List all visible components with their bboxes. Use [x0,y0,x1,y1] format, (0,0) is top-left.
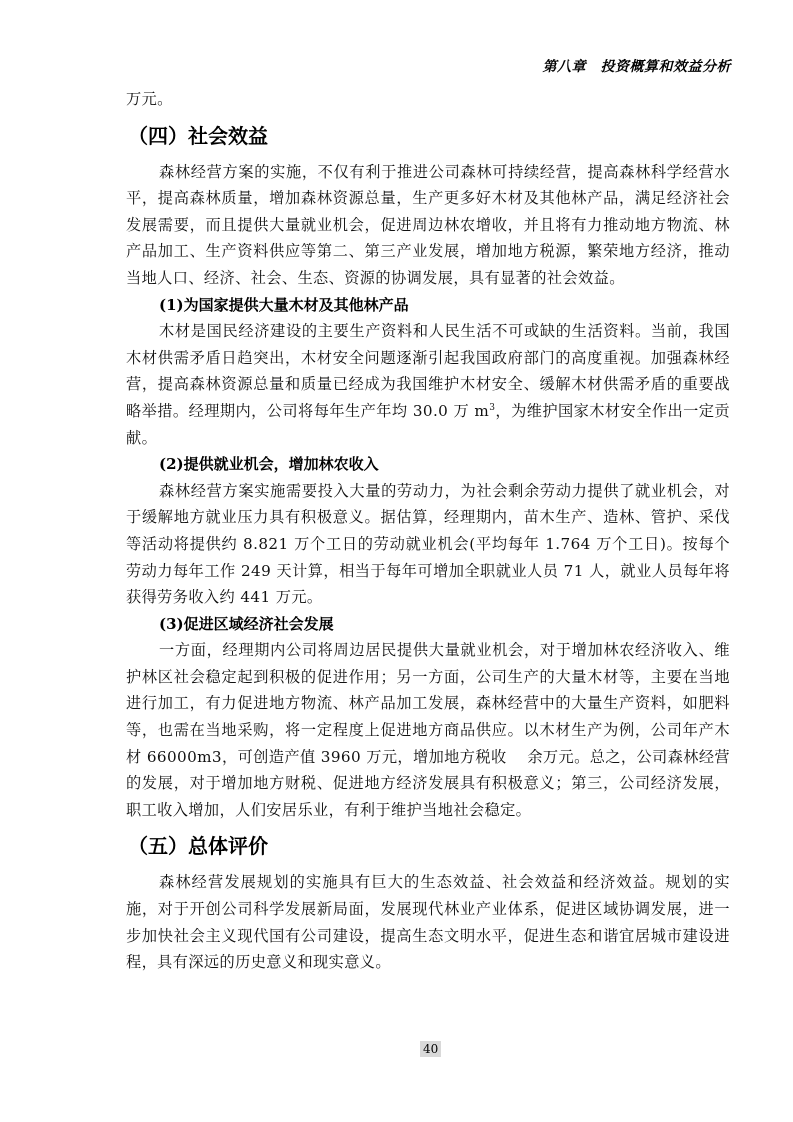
document-body: 万元。 （四）社会效益 森林经营方案的实施，不仅有利于推进公司森林可持续经营，提… [126,86,730,976]
subsection-paragraph-employment: 森林经营方案实施需要投入大量的劳动力，为社会剩余劳动力提供了就业机会，对于缓解地… [126,478,730,611]
section-heading-social-benefits: （四）社会效益 [128,121,730,151]
carryover-text: 万元。 [126,86,730,113]
subsection-heading-employment: (2)提供就业机会，增加林农收入 [126,451,730,478]
page-number: 40 [420,1041,441,1057]
subsection-heading-timber: (1)为国家提供大量木材及其他林产品 [126,292,730,319]
section-intro-paragraph: 森林经营方案的实施，不仅有利于推进公司森林可持续经营，提高森林科学经营水平，提高… [126,159,730,292]
overall-evaluation-paragraph: 森林经营发展规划的实施具有巨大的生态效益、社会效益和经济效益。规划的实施，对于开… [126,869,730,975]
running-header: 第八章 投资概算和效益分析 [543,56,732,76]
subsection-paragraph-regional: 一方面，经理期内公司将周边居民提供大量就业机会，对于增加林农经济收入、维护林区社… [126,637,730,823]
subsection-heading-regional: (3)促进区域经济社会发展 [126,611,730,638]
section-heading-overall-evaluation: （五）总体评价 [128,831,730,861]
subsection-paragraph-timber: 木材是国民经济建设的主要生产资料和人民生活不可或缺的生活资料。当前，我国木材供需… [126,318,730,451]
